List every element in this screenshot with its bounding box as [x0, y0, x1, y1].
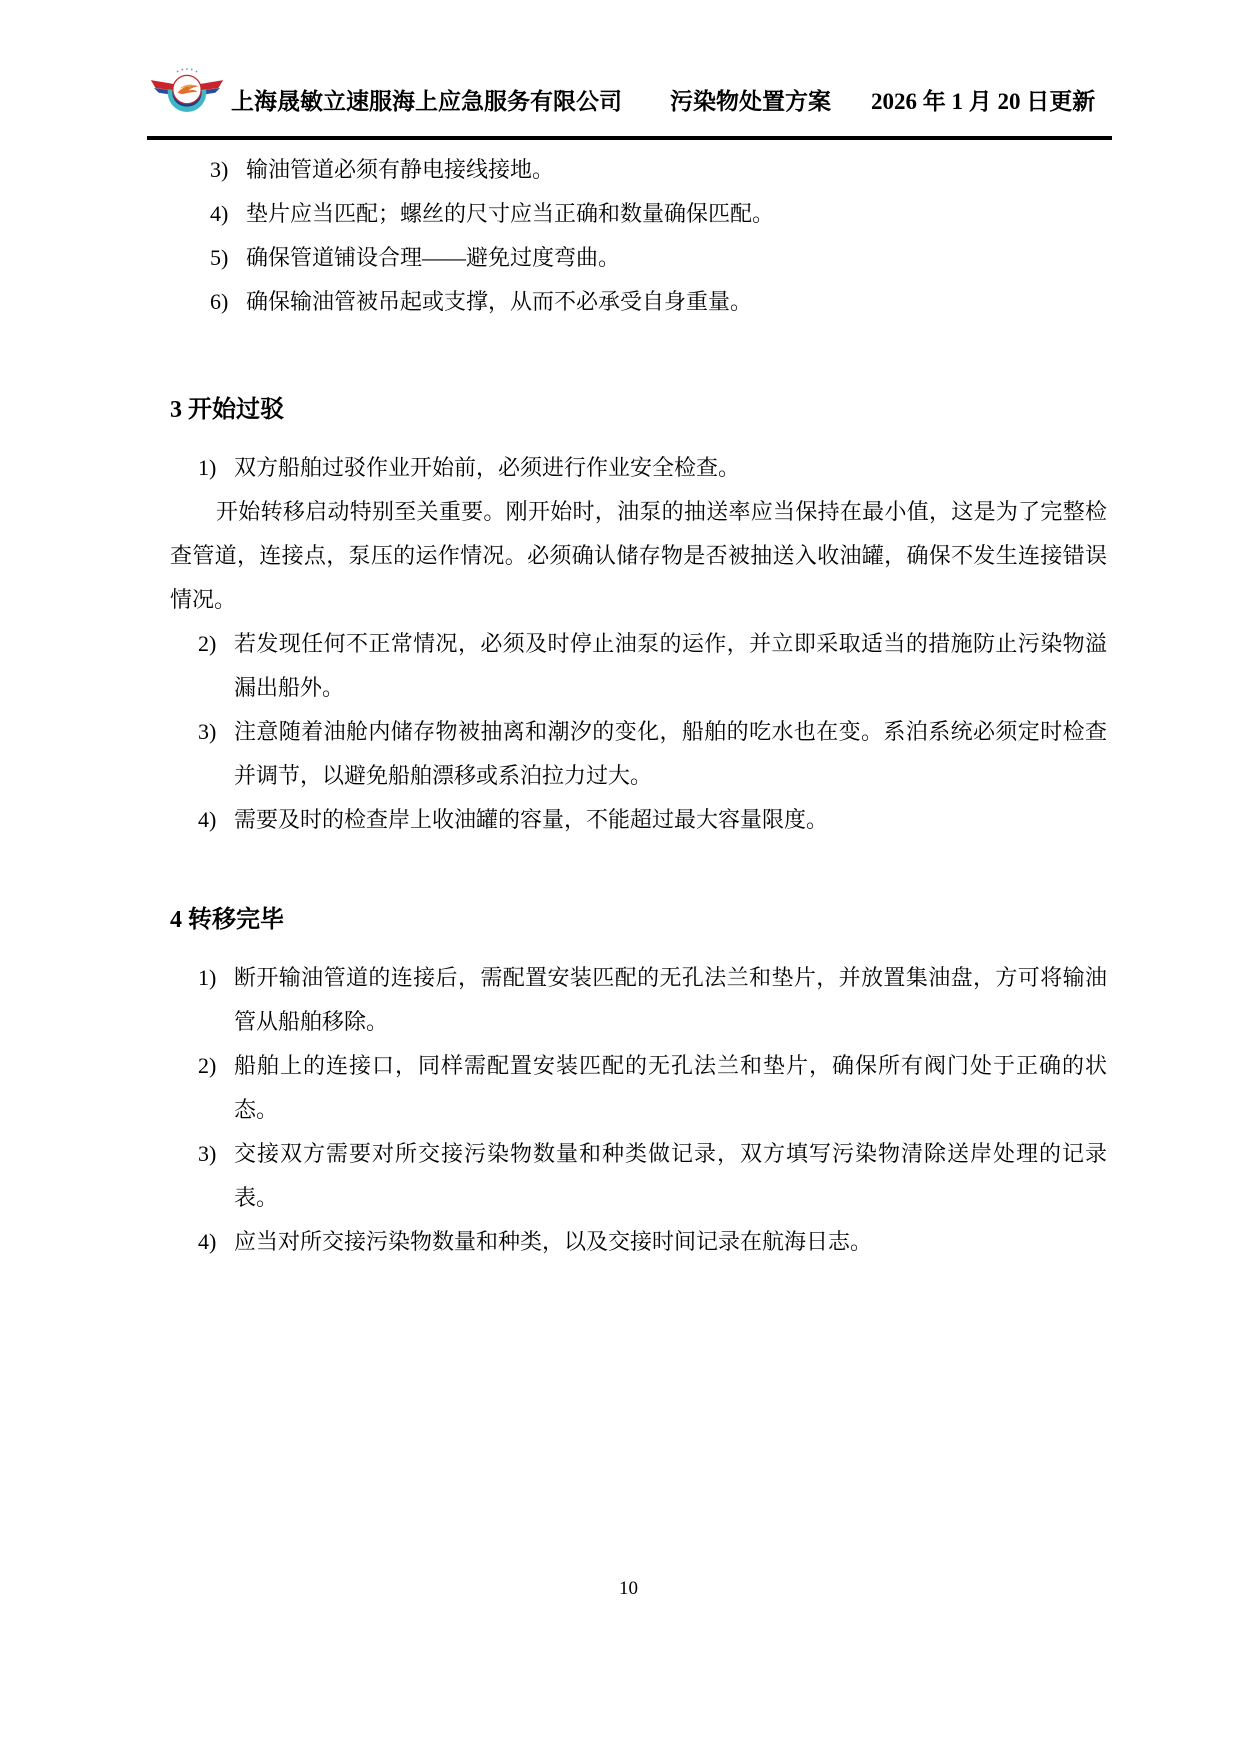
list-item: 4) 垫片应当匹配；螺丝的尺寸应当正确和数量确保匹配。: [210, 192, 1107, 236]
list-item-number: 4): [198, 798, 234, 842]
section-heading-3: 3 开始过驳: [170, 388, 1107, 432]
list-item-text: 确保输油管被吊起或支撑，从而不必承受自身重量。: [246, 280, 1107, 324]
list-item-text: 双方船舶过驳作业开始前，必须进行作业安全检查。: [234, 446, 1107, 490]
page-number: 10: [0, 1578, 1257, 1600]
section-heading-4: 4 转移完毕: [170, 898, 1107, 942]
list-item-number: 1): [198, 956, 234, 1044]
list-item-text: 交接双方需要对所交接污染物数量和种类做记录，双方填写污染物清除送岸处理的记录表。: [234, 1132, 1107, 1220]
list-item-number: 1): [198, 446, 234, 490]
list-item: 4) 应当对所交接污染物数量和种类，以及交接时间记录在航海日志。: [198, 1220, 1107, 1264]
list-item-text: 船舶上的连接口，同样需配置安装匹配的无孔法兰和垫片，确保所有阀门处于正确的状态。: [234, 1044, 1107, 1132]
document-title: 污染物处置方案: [670, 83, 831, 116]
list-item: 4) 需要及时的检查岸上收油罐的容量，不能超过最大容量限度。: [198, 798, 1107, 842]
list-item-text: 确保管道铺设合理——避免过度弯曲。: [246, 236, 1107, 280]
list-item: 1) 双方船舶过驳作业开始前，必须进行作业安全检查。: [198, 446, 1107, 490]
list-item-text: 垫片应当匹配；螺丝的尺寸应当正确和数量确保匹配。: [246, 192, 1107, 236]
list-item: 2) 船舶上的连接口，同样需配置安装匹配的无孔法兰和垫片，确保所有阀门处于正确的…: [198, 1044, 1107, 1132]
update-date: 2026 年 1 月 20 日更新: [871, 83, 1095, 116]
page-header: 上海晟敏立速服海上应急服务有限公司 污染物处置方案 2026 年 1 月 20 …: [147, 66, 1112, 140]
list-item: 5) 确保管道铺设合理——避免过度弯曲。: [210, 236, 1107, 280]
body-paragraph: 开始转移启动特别至关重要。刚开始时，油泵的抽送率应当保持在最小值，这是为了完整检…: [170, 490, 1107, 622]
list-item-number: 4): [198, 1220, 234, 1264]
list-item: 6) 确保输油管被吊起或支撑，从而不必承受自身重量。: [210, 280, 1107, 324]
list-item-number: 5): [210, 236, 246, 280]
list-item-text: 注意随着油舱内储存物被抽离和潮汐的变化，船舶的吃水也在变。系泊系统必须定时检查并…: [234, 710, 1107, 798]
list-item-number: 2): [198, 1044, 234, 1132]
list-item-number: 3): [198, 710, 234, 798]
list-item-text: 应当对所交接污染物数量和种类，以及交接时间记录在航海日志。: [234, 1220, 1107, 1264]
company-emblem-logo-icon: [147, 66, 227, 132]
list-item-number: 3): [198, 1132, 234, 1220]
list-item: 3) 注意随着油舱内储存物被抽离和潮汐的变化，船舶的吃水也在变。系泊系统必须定时…: [198, 710, 1107, 798]
list-item: 2) 若发现任何不正常情况，必须及时停止油泵的运作，并立即采取适当的措施防止污染…: [198, 622, 1107, 710]
document-body: 3) 输油管道必须有静电接线接地。 4) 垫片应当匹配；螺丝的尺寸应当正确和数量…: [170, 148, 1107, 1264]
list-item: 3) 输油管道必须有静电接线接地。: [210, 148, 1107, 192]
list-item-text: 断开输油管道的连接后，需配置安装匹配的无孔法兰和垫片，并放置集油盘，方可将输油管…: [234, 956, 1107, 1044]
list-item-text: 输油管道必须有静电接线接地。: [246, 148, 1107, 192]
list-item-text: 若发现任何不正常情况，必须及时停止油泵的运作，并立即采取适当的措施防止污染物溢漏…: [234, 622, 1107, 710]
list-item: 3) 交接双方需要对所交接污染物数量和种类做记录，双方填写污染物清除送岸处理的记…: [198, 1132, 1107, 1220]
list-item-text: 需要及时的检查岸上收油罐的容量，不能超过最大容量限度。: [234, 798, 1107, 842]
list-item-number: 4): [210, 192, 246, 236]
list-item-number: 3): [210, 148, 246, 192]
company-name: 上海晟敏立速服海上应急服务有限公司: [231, 83, 622, 116]
list-item-number: 2): [198, 622, 234, 710]
list-item: 1) 断开输油管道的连接后，需配置安装匹配的无孔法兰和垫片，并放置集油盘，方可将…: [198, 956, 1107, 1044]
list-item-number: 6): [210, 280, 246, 324]
document-page: 上海晟敏立速服海上应急服务有限公司 污染物处置方案 2026 年 1 月 20 …: [0, 0, 1257, 1754]
